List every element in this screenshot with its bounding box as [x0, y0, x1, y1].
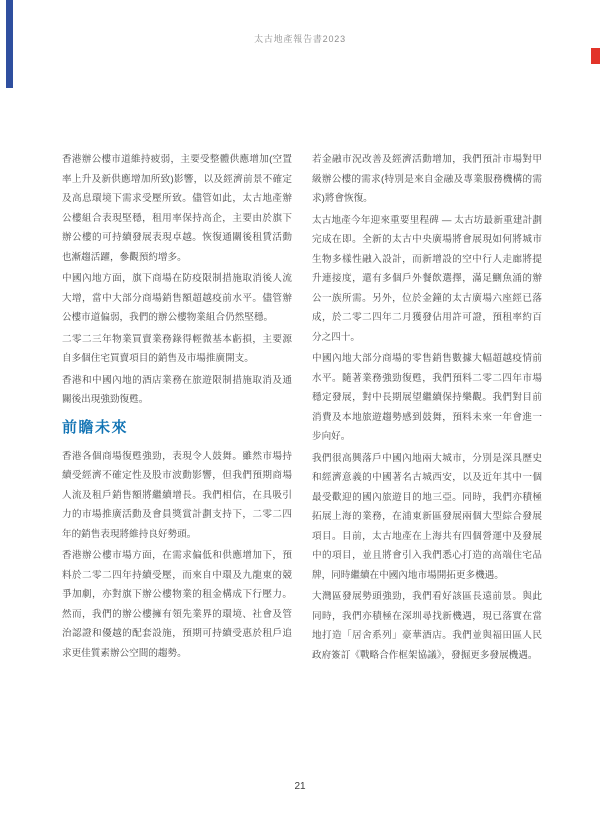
- paragraph: 我們很高興落戶中國內地兩大城市，分別是深具歷史和經濟意義的中國著名古城西安，以及…: [312, 449, 542, 586]
- paragraph: 香港辦公樓市場方面，在需求偏低和供應增加下，預料於二零二四年持續受壓，而來自中環…: [62, 546, 292, 663]
- right-text-column: 若金融市況改善及經濟活動增加，我們預計市場對甲級辦公樓的需求(特別是來自金融及專…: [312, 150, 542, 667]
- report-page: 太古地產報告書2023 香港辦公樓市道維持疲弱，主要受整體供應增加(空置率上升及…: [0, 0, 600, 814]
- paragraph: 香港和中國內地的酒店業務在旅遊限制措施取消及通關後出現強勁復甦。: [62, 371, 292, 410]
- document-header-title: 太古地產報告書2023: [0, 32, 600, 45]
- page-number: 21: [0, 781, 600, 792]
- paragraph: 大灣區發展勢頭強勁，我們看好該區長遠前景。與此同時，我們亦積極在深圳尋找新機遇，…: [312, 587, 542, 665]
- paragraph: 香港辦公樓市道維持疲弱，主要受整體供應增加(空置率上升及新供應增加所致)影響，以…: [62, 150, 292, 267]
- red-section-tab: [591, 48, 600, 64]
- left-text-column: 香港辦公樓市道維持疲弱，主要受整體供應增加(空置率上升及新供應增加所致)影響，以…: [62, 150, 292, 665]
- paragraph: 二零二三年物業買賣業務錄得輕微基本虧損，主要源自多個住宅買賣項目的銷售及市場推廣…: [62, 330, 292, 369]
- section-heading-outlook: 前瞻未來: [62, 417, 292, 439]
- paragraph: 中國內地方面，旗下商場在防疫限制措施取消後人流大增，當中大部分商場銷售額超越疫前…: [62, 269, 292, 328]
- paragraph: 若金融市況改善及經濟活動增加，我們預計市場對甲級辦公樓的需求(特別是來自金融及專…: [312, 150, 542, 209]
- paragraph: 香港各個商場復甦強勁，表現令人鼓舞。雖然市場持續受經濟不確定性及股市波動影響，但…: [62, 447, 292, 545]
- paragraph: 太古地產今年迎來重要里程碑 — 太古坊最新重建計劃完成在即。全新的太古中央廣場將…: [312, 211, 542, 348]
- paragraph: 中國內地大部分商場的零售銷售數據大幅超越疫情前水平。隨著業務強勁復甦，我們預料二…: [312, 349, 542, 447]
